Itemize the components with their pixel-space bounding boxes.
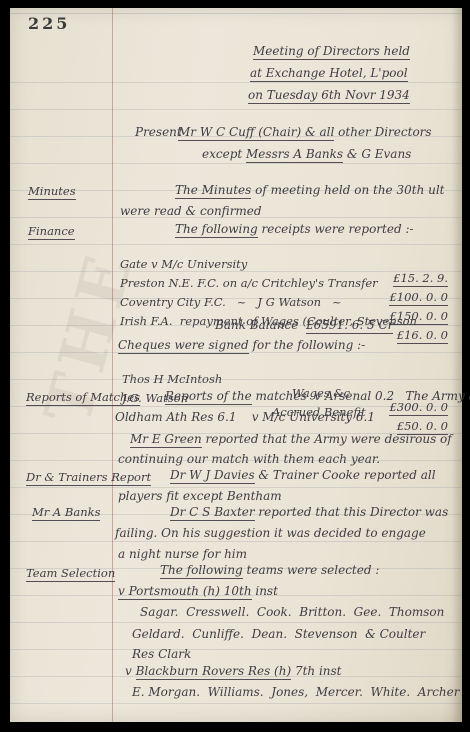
minutes-line2: were read & confirmed: [120, 204, 262, 218]
reports-line4: continuing our match with them each year…: [118, 452, 380, 466]
section-label-dr-trainers-report: Dr & Trainers Report: [26, 470, 151, 484]
teams-team1-line1: Sagar. Cresswell. Cook. Britton. Gee. Th…: [140, 605, 444, 619]
finance-intro: The following receipts were reported :-: [175, 222, 414, 236]
present-line1: Mr W C Cuff (Chair) & all other Director…: [178, 125, 432, 139]
trainers-line2: players fit except Bentham: [118, 489, 282, 503]
reports-line3: Mr E Green reported that the Army were d…: [130, 432, 452, 446]
banks-line2: failing. On his suggestion it was decide…: [115, 526, 426, 540]
section-label-finance: Finance: [28, 224, 75, 238]
section-label-team-selection: Team Selection: [26, 566, 115, 580]
section-label-mr-a-banks: Mr A Banks: [32, 505, 100, 519]
teams-match2: v Blackburn Rovers Res (h) 7th inst: [125, 664, 342, 678]
banks-line3: a night nurse for him: [118, 547, 247, 561]
reports-line2: Oldham Ath Res 6.1 v M/c University 6.1: [115, 410, 375, 424]
section-label-minutes: Minutes: [28, 184, 76, 198]
receipt-row: Coventry City F.C. ~ J G Watson ~ £150. …: [10, 281, 462, 297]
reports-line1: Reports of the matches v Arsenal 0.2 The…: [165, 389, 470, 403]
banks-line1: Dr C S Baxter reported that this Directo…: [170, 505, 448, 519]
teams-intro: The following teams were selected :: [160, 563, 379, 577]
meeting-heading-line3: on Tuesday 6th Novr 1934: [248, 88, 410, 102]
receipt-row: Preston N.E. F.C. on a/c Critchley's Tra…: [10, 262, 462, 278]
minutes-line1: The Minutes of meeting held on the 30th …: [175, 183, 445, 197]
present-label: Present: [135, 125, 182, 139]
top-rule-line: [10, 13, 462, 14]
receipt-row: Gate v M/c University £15. 2. 9.: [10, 243, 462, 259]
meeting-heading-line2: at Exchange Hotel, L'pool: [250, 66, 408, 80]
page-number: 225: [28, 14, 70, 33]
cheques-intro: Cheques were signed for the following :-: [118, 338, 365, 352]
receipt-row: Irish F.A. repayment of Wages (Coulter, …: [10, 300, 462, 316]
notebook-page: THE 225 Meeting of Directors held at Exc…: [10, 8, 462, 722]
trainers-line1: Dr W J Davies & Trainer Cooke reported a…: [170, 468, 436, 482]
cheque-row: Thos H McIntosh Wages &c £300. 0. 0: [10, 358, 462, 374]
present-line2: except Messrs A Banks & G Evans: [202, 147, 411, 161]
scan-background: THE 225 Meeting of Directors held at Exc…: [0, 0, 470, 732]
section-label-reports-of-matches: Reports of Matches: [26, 390, 140, 404]
teams-match1: v Portsmouth (h) 10th inst: [118, 584, 278, 598]
meeting-heading-line1: Meeting of Directors held: [253, 44, 410, 58]
teams-team1-line2: Geldard. Cunliffe. Dean. Stevenson & Cou…: [132, 627, 425, 641]
teams-team2-line1: E. Morgan. Williams. Jones, Mercer. Whit…: [132, 685, 460, 699]
bank-balance-line: Bank Balance £6591. 6. 5 Cr: [215, 318, 393, 332]
teams-reserve1: Res Clark: [132, 647, 191, 661]
